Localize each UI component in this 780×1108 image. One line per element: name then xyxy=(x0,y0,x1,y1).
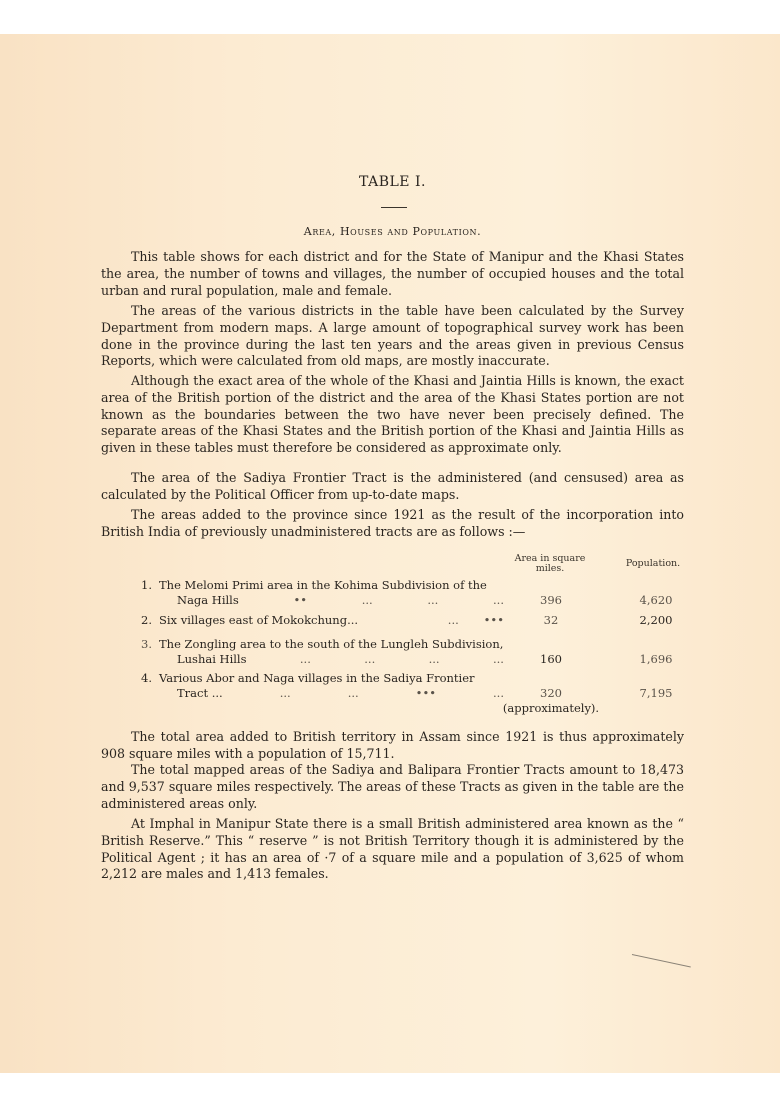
column-header-population: Population. xyxy=(613,559,693,569)
leader-dots: ... xyxy=(427,593,438,608)
leader-dots: ••• xyxy=(484,613,504,628)
row-description: Various Abor and Naga villages in the Sa… xyxy=(159,671,504,701)
paragraph-survey: The areas of the various districts in th… xyxy=(101,303,684,370)
table-title: TABLE I. xyxy=(101,174,684,191)
row-description-line2: Lushai Hills xyxy=(177,652,247,667)
row-area-note: (approximately). xyxy=(491,701,611,716)
leader-dots: ... xyxy=(493,652,504,667)
row-area: 320 xyxy=(516,686,586,701)
leader-dots: ... xyxy=(493,593,504,608)
leader-dots: ... xyxy=(300,652,311,667)
leader-dots: ... xyxy=(493,686,504,701)
leader-dots: ... xyxy=(348,686,359,701)
row-population: 2,200 xyxy=(621,613,691,628)
pencil-mark xyxy=(632,954,691,967)
leader-dots: ... xyxy=(364,652,375,667)
row-area: 32 xyxy=(516,613,586,628)
row-description-line1: The Melomi Primi area in the Kohima Subd… xyxy=(159,578,504,593)
row-number: 4. xyxy=(141,671,159,686)
row-description-line2: Naga Hills xyxy=(177,593,239,608)
scanned-page: TABLE I. Area, Houses and Population. Th… xyxy=(0,34,780,1073)
row-number: 2. xyxy=(141,613,159,628)
row-population: 1,696 xyxy=(621,652,691,667)
section-subtitle: Area, Houses and Population. xyxy=(101,224,684,241)
leader-dots: ... xyxy=(280,686,291,701)
paragraph-mapped-areas: The total mapped areas of the Sadiya and… xyxy=(101,762,684,812)
row-description-line1: The Zongling area to the south of the Lu… xyxy=(159,637,504,652)
leader-dots: ... xyxy=(362,593,373,608)
paragraph-sadiya: The area of the Sadiya Frontier Tract is… xyxy=(101,470,684,504)
row-population: 7,195 xyxy=(621,686,691,701)
row-description: Six villages east of Mokokchung......••• xyxy=(159,613,504,628)
row-population: 4,620 xyxy=(621,593,691,608)
column-header-area: Area in square miles. xyxy=(505,554,595,574)
row-area: 396 xyxy=(516,593,586,608)
leader-dots: •• xyxy=(293,593,307,608)
paragraph-khasi-jaintia: Although the exact area of the whole of … xyxy=(101,373,684,457)
paragraph-areas-added: The areas added to the province since 19… xyxy=(101,507,684,541)
leader-dots: ... xyxy=(429,652,440,667)
row-number: 3. xyxy=(141,637,159,652)
row-description-line1: Various Abor and Naga villages in the Sa… xyxy=(159,671,504,686)
row-area: 160 xyxy=(516,652,586,667)
row-number: 1. xyxy=(141,578,159,593)
leader-dots: ... xyxy=(448,613,459,628)
row-description-line2: Tract ... xyxy=(177,686,223,701)
title-divider xyxy=(381,207,407,208)
row-description: The Melomi Primi area in the Kohima Subd… xyxy=(159,578,504,608)
leader-dots: ••• xyxy=(416,686,436,701)
row-description: The Zongling area to the south of the Lu… xyxy=(159,637,504,667)
paragraph-british-reserve: At Imphal in Manipur State there is a sm… xyxy=(101,816,684,883)
row-description-line1: Six villages east of Mokokchung... xyxy=(159,613,358,628)
paragraph-total-added: The total area added to British territor… xyxy=(101,729,684,763)
paragraph-intro: This table shows for each district and f… xyxy=(101,249,684,299)
